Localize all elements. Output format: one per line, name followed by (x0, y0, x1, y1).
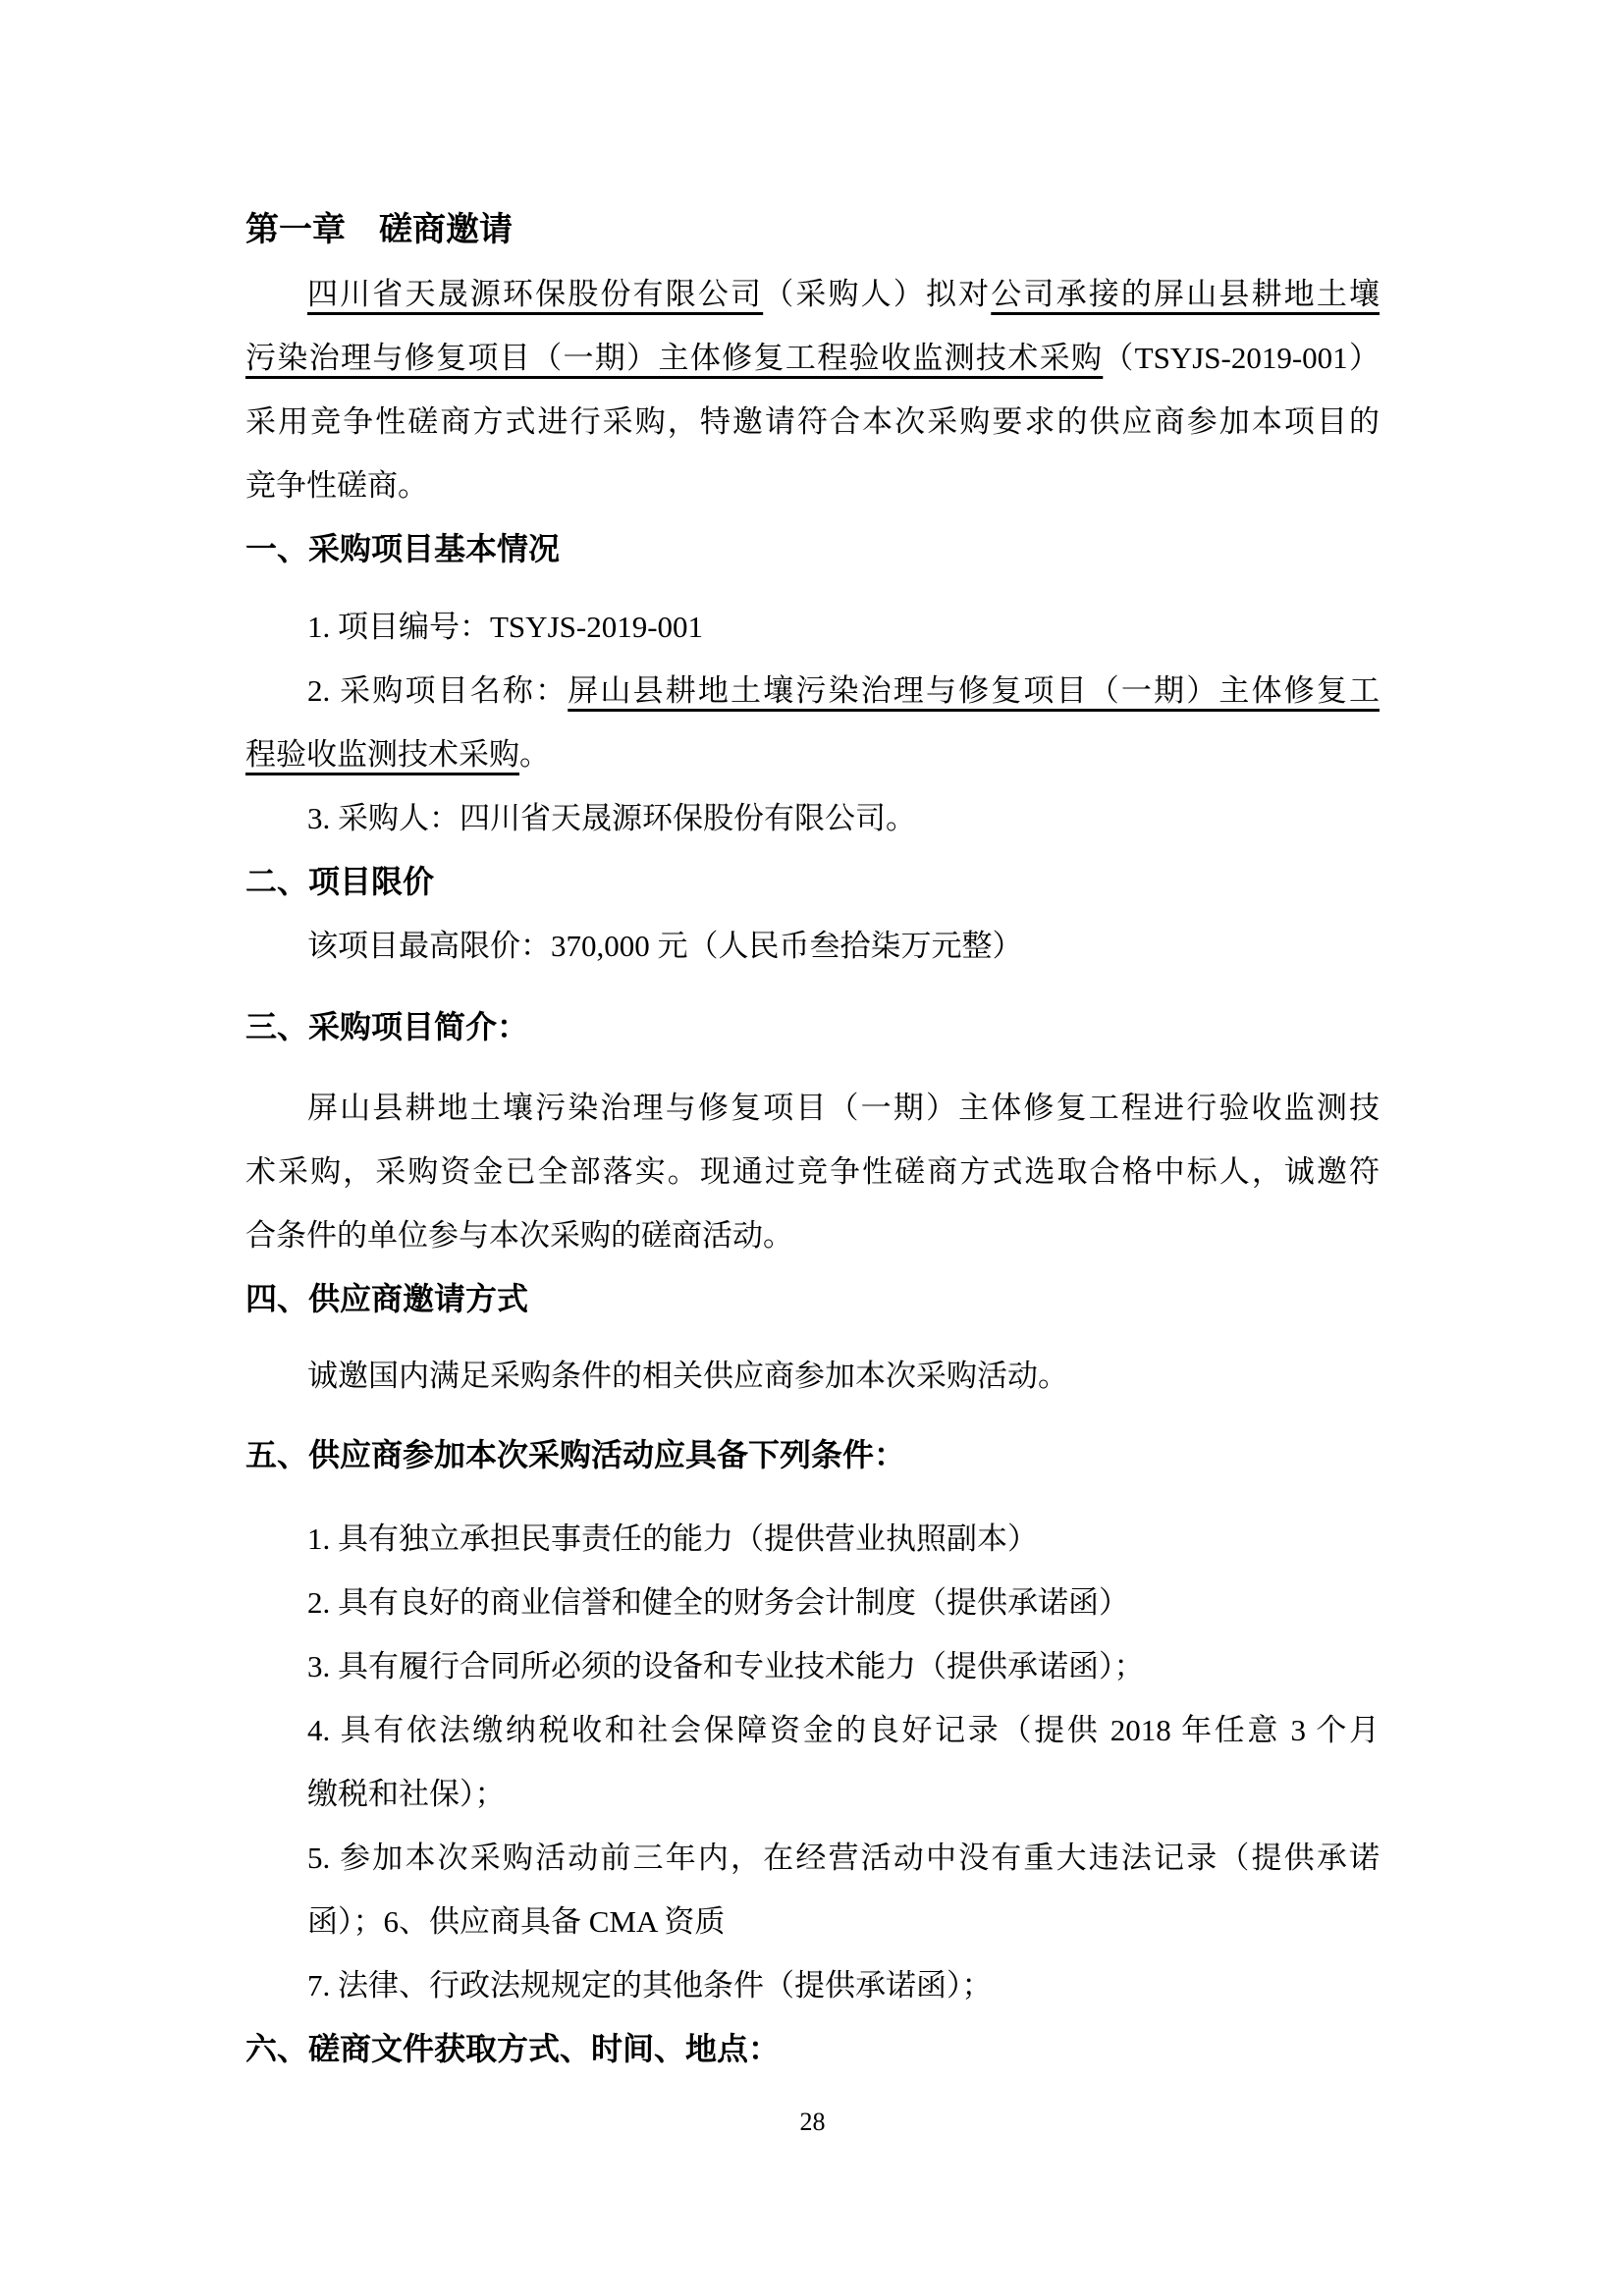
text-segment: 第一章 磋商邀请 (245, 212, 513, 248)
section-heading: 五、供应商参加本次采购活动应具备下列条件： (245, 1423, 1380, 1487)
text-line: 污染治理与修复项目（一期）主体修复工程验收监测技术采购（TSYJS-2019-0… (245, 326, 1380, 390)
document-page: 第一章 磋商邀请四川省天晟源环保股份有限公司（采购人）拟对公司承接的屏山县耕地土… (0, 0, 1624, 2296)
text-segment: 3. 采购人：四川省天晟源环保股份有限公司。 (307, 801, 916, 835)
text-line: 竞争性磋商。 (245, 454, 1380, 517)
text-line: 四川省天晟源环保股份有限公司（采购人）拟对公司承接的屏山县耕地土壤 (245, 262, 1380, 326)
text-line: 该项目最高限价：370,000 元（人民币叁拾柒万元整） (245, 914, 1380, 978)
text-segment: 三、采购项目简介： (245, 1009, 528, 1044)
underlined-text: 屏山县耕地土壤污染治理与修复项目（一期）主体修复工 (568, 673, 1380, 708)
text-line: 缴税和社保）； (245, 1762, 1380, 1826)
text-segment: 一、采购项目基本情况 (245, 531, 560, 566)
underlined-text: 公司承接的屏山县耕地土壤 (991, 277, 1380, 311)
text-segment: 屏山县耕地土壤污染治理与修复项目（一期）主体修复工程进行验收监测技 (307, 1091, 1380, 1125)
text-segment: （采购人）拟对 (763, 277, 991, 311)
text-segment: 四、供应商邀请方式 (245, 1281, 528, 1316)
text-line: 1. 具有独立承担民事责任的能力（提供营业执照副本） (245, 1507, 1380, 1571)
text-segment: 合条件的单位参与本次采购的磋商活动。 (245, 1218, 793, 1253)
text-segment: 1. 具有独立承担民事责任的能力（提供营业执照副本） (307, 1522, 1038, 1556)
text-line: 术采购，采购资金已全部落实。现通过竞争性磋商方式选取合格中标人，诚邀符 (245, 1140, 1380, 1203)
text-segment: 函）；6、供应商具备 CMA 资质 (307, 1904, 725, 1939)
page-number: 28 (245, 2103, 1380, 2142)
text-line: 3. 具有履行合同所必须的设备和专业技术能力（提供承诺函）； (245, 1634, 1380, 1698)
text-segment: 缴税和社保）； (307, 1777, 506, 1811)
text-segment: 该项目最高限价：370,000 元（人民币叁拾柒万元整） (307, 929, 1023, 963)
text-segment: 7. 法律、行政法规规定的其他条件（提供承诺函）； (307, 1968, 993, 2002)
text-segment: 二、项目限价 (245, 864, 434, 899)
text-segment: 3. 具有履行合同所必须的设备和专业技术能力（提供承诺函）； (307, 1649, 1145, 1683)
underlined-text: 污染治理与修复项目（一期）主体修复工程验收监测技术采购 (245, 341, 1103, 375)
text-segment: 5. 参加本次采购活动前三年内，在经营活动中没有重大违法记录（提供承诺 (307, 1841, 1380, 1875)
text-segment: 2. 采购项目名称： (307, 673, 568, 708)
text-segment: 术采购，采购资金已全部落实。现通过竞争性磋商方式选取合格中标人，诚邀符 (245, 1154, 1380, 1189)
text-segment: 4. 具有依法缴纳税收和社会保障资金的良好记录（提供 2018 年任意 3 个月 (307, 1713, 1380, 1747)
text-segment: 2. 具有良好的商业信誉和健全的财务会计制度（提供承诺函） (307, 1585, 1129, 1620)
text-line: 5. 参加本次采购活动前三年内，在经营活动中没有重大违法记录（提供承诺 (245, 1826, 1380, 1890)
section-heading: 四、供应商邀请方式 (245, 1267, 1380, 1331)
section-heading: 六、磋商文件获取方式、时间、地点： (245, 2017, 1380, 2081)
chapter-title: 第一章 磋商邀请 (245, 198, 1380, 262)
text-line: 7. 法律、行政法规规定的其他条件（提供承诺函）； (245, 1953, 1380, 2017)
text-segment: 1. 项目编号：TSYJS-2019-001 (307, 610, 703, 644)
text-line: 函）；6、供应商具备 CMA 资质 (245, 1890, 1380, 1953)
text-segment: 。 (519, 737, 550, 772)
underlined-text: 程验收监测技术采购 (245, 737, 519, 772)
text-line: 4. 具有依法缴纳税收和社会保障资金的良好记录（提供 2018 年任意 3 个月 (245, 1698, 1380, 1762)
section-heading: 一、采购项目基本情况 (245, 517, 1380, 581)
text-line: 合条件的单位参与本次采购的磋商活动。 (245, 1203, 1380, 1267)
text-segment: 五、供应商参加本次采购活动应具备下列条件： (245, 1437, 905, 1472)
text-segment: 采用竞争性磋商方式进行采购，特邀请符合本次采购要求的供应商参加本项目的 (245, 404, 1380, 439)
section-heading: 三、采购项目简介： (245, 995, 1380, 1059)
text-line: 屏山县耕地土壤污染治理与修复项目（一期）主体修复工程进行验收监测技 (245, 1076, 1380, 1140)
text-segment: 竞争性磋商。 (245, 468, 428, 503)
underlined-text: 四川省天晟源环保股份有限公司 (307, 277, 763, 311)
document-body: 第一章 磋商邀请四川省天晟源环保股份有限公司（采购人）拟对公司承接的屏山县耕地土… (245, 198, 1380, 2081)
text-line: 采用竞争性磋商方式进行采购，特邀请符合本次采购要求的供应商参加本项目的 (245, 390, 1380, 454)
text-segment: 六、磋商文件获取方式、时间、地点： (245, 2031, 780, 2066)
text-line: 诚邀国内满足采购条件的相关供应商参加本次采购活动。 (245, 1344, 1380, 1408)
text-line: 2. 采购项目名称：屏山县耕地土壤污染治理与修复项目（一期）主体修复工 (245, 659, 1380, 722)
text-line: 3. 采购人：四川省天晟源环保股份有限公司。 (245, 786, 1380, 850)
text-line: 程验收监测技术采购。 (245, 722, 1380, 786)
text-line: 1. 项目编号：TSYJS-2019-001 (245, 595, 1380, 659)
text-segment: （TSYJS-2019-001） (1103, 341, 1380, 375)
section-heading: 二、项目限价 (245, 850, 1380, 914)
text-line: 2. 具有良好的商业信誉和健全的财务会计制度（提供承诺函） (245, 1571, 1380, 1634)
text-segment: 诚邀国内满足采购条件的相关供应商参加本次采购活动。 (307, 1359, 1068, 1393)
